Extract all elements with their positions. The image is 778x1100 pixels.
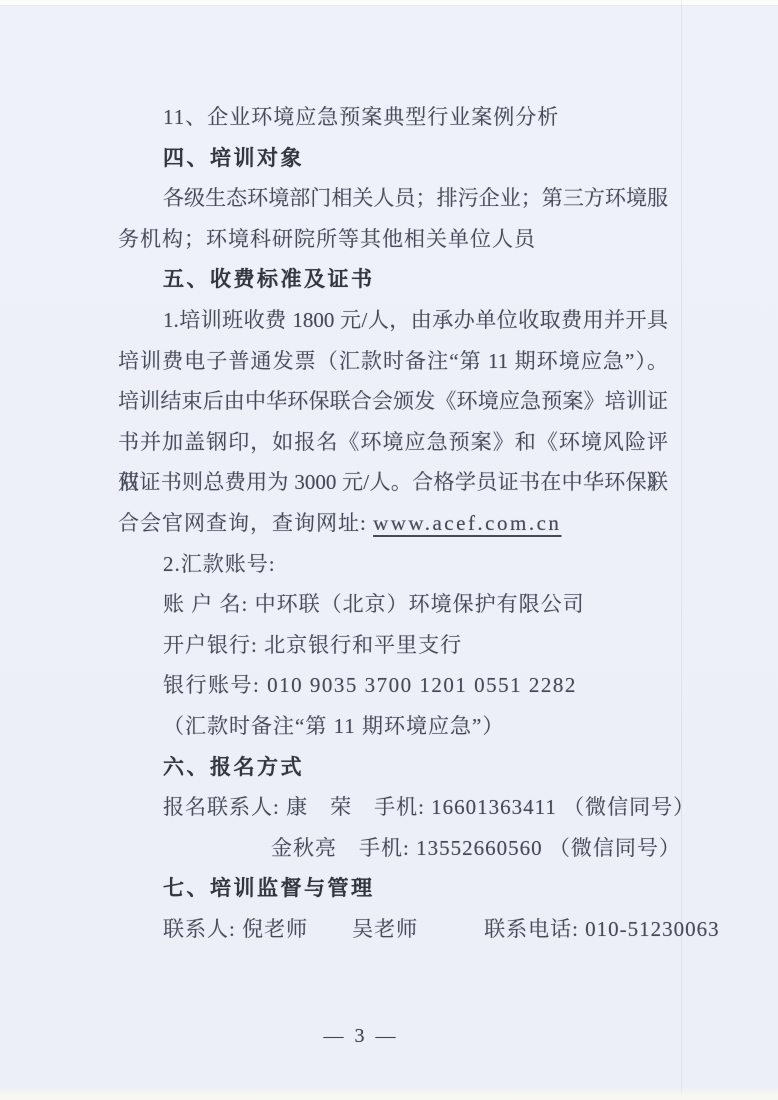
contact-jin-qiuliang-line: 金秋亮 手机: 13552660560 （微信同号） [118,828,668,869]
para-fees-line-6: 合会官网查询，查询网址: www.acef.com.cn [118,503,668,544]
heading-supervision: 七、培训监督与管理 [118,868,668,909]
heading-training-targets: 四、培训对象 [118,138,668,179]
remittance-account-label: 2.汇款账号: [118,544,668,585]
remittance-note-line: （汇款时备注“第 11 期环境应急”） [118,706,668,747]
para-targets-line-2: 务机构；环境科研院所等其他相关单位人员 [118,219,668,260]
contact-kang-rong-line: 报名联系人: 康 荣 手机: 16601363411 （微信同号） [118,787,668,828]
scan-top-edge [0,0,778,6]
para-fees-line-1: 1.培训班收费 1800 元/人，由承办单位收取费用并开具 [118,300,668,341]
scan-bottom-edge [0,1086,778,1100]
para-targets-line-1: 各级生态环境部门相关人员；排污企业；第三方环境服 [118,178,668,219]
heading-fees-certificate: 五、收费标准及证书 [118,259,668,300]
para-fees-line-2: 培训费电子普通发票（汇款时备注“第 11 期环境应急”）。 [118,341,668,382]
list-item-11: 11、企业环境应急预案典型行业案例分析 [118,97,668,138]
bank-account-number-line: 银行账号: 010 9035 3700 1201 0551 2282 [118,665,668,706]
supervision-contact-line: 联系人: 倪老师 吴老师 联系电话: 010-51230063 [118,909,668,950]
page-number: — 3 — [0,1016,722,1056]
acef-website-url: www.acef.com.cn [373,511,561,535]
document-page: 11、企业环境应急预案典型行业案例分析 四、培训对象 各级生态环境部门相关人员；… [118,97,668,949]
url-prefix-text: 合会官网查询，查询网址: [118,511,373,535]
para-fees-line-3: 培训结束后由中华环保联合会颁发《环境应急预案》培训证 [118,381,668,422]
para-fees-line-5: 双证书则总费用为 3000 元/人。合格学员证书在中华环保联 [118,462,668,503]
bank-branch-line: 开户银行: 北京银行和平里支行 [118,625,668,666]
account-name-line: 账 户 名: 中环联（北京）环境保护有限公司 [118,584,668,625]
heading-registration: 六、报名方式 [118,747,668,788]
para-fees-line-4: 书并加盖钢印，如报名《环境应急预案》和《环境风险评估》 [118,422,668,463]
